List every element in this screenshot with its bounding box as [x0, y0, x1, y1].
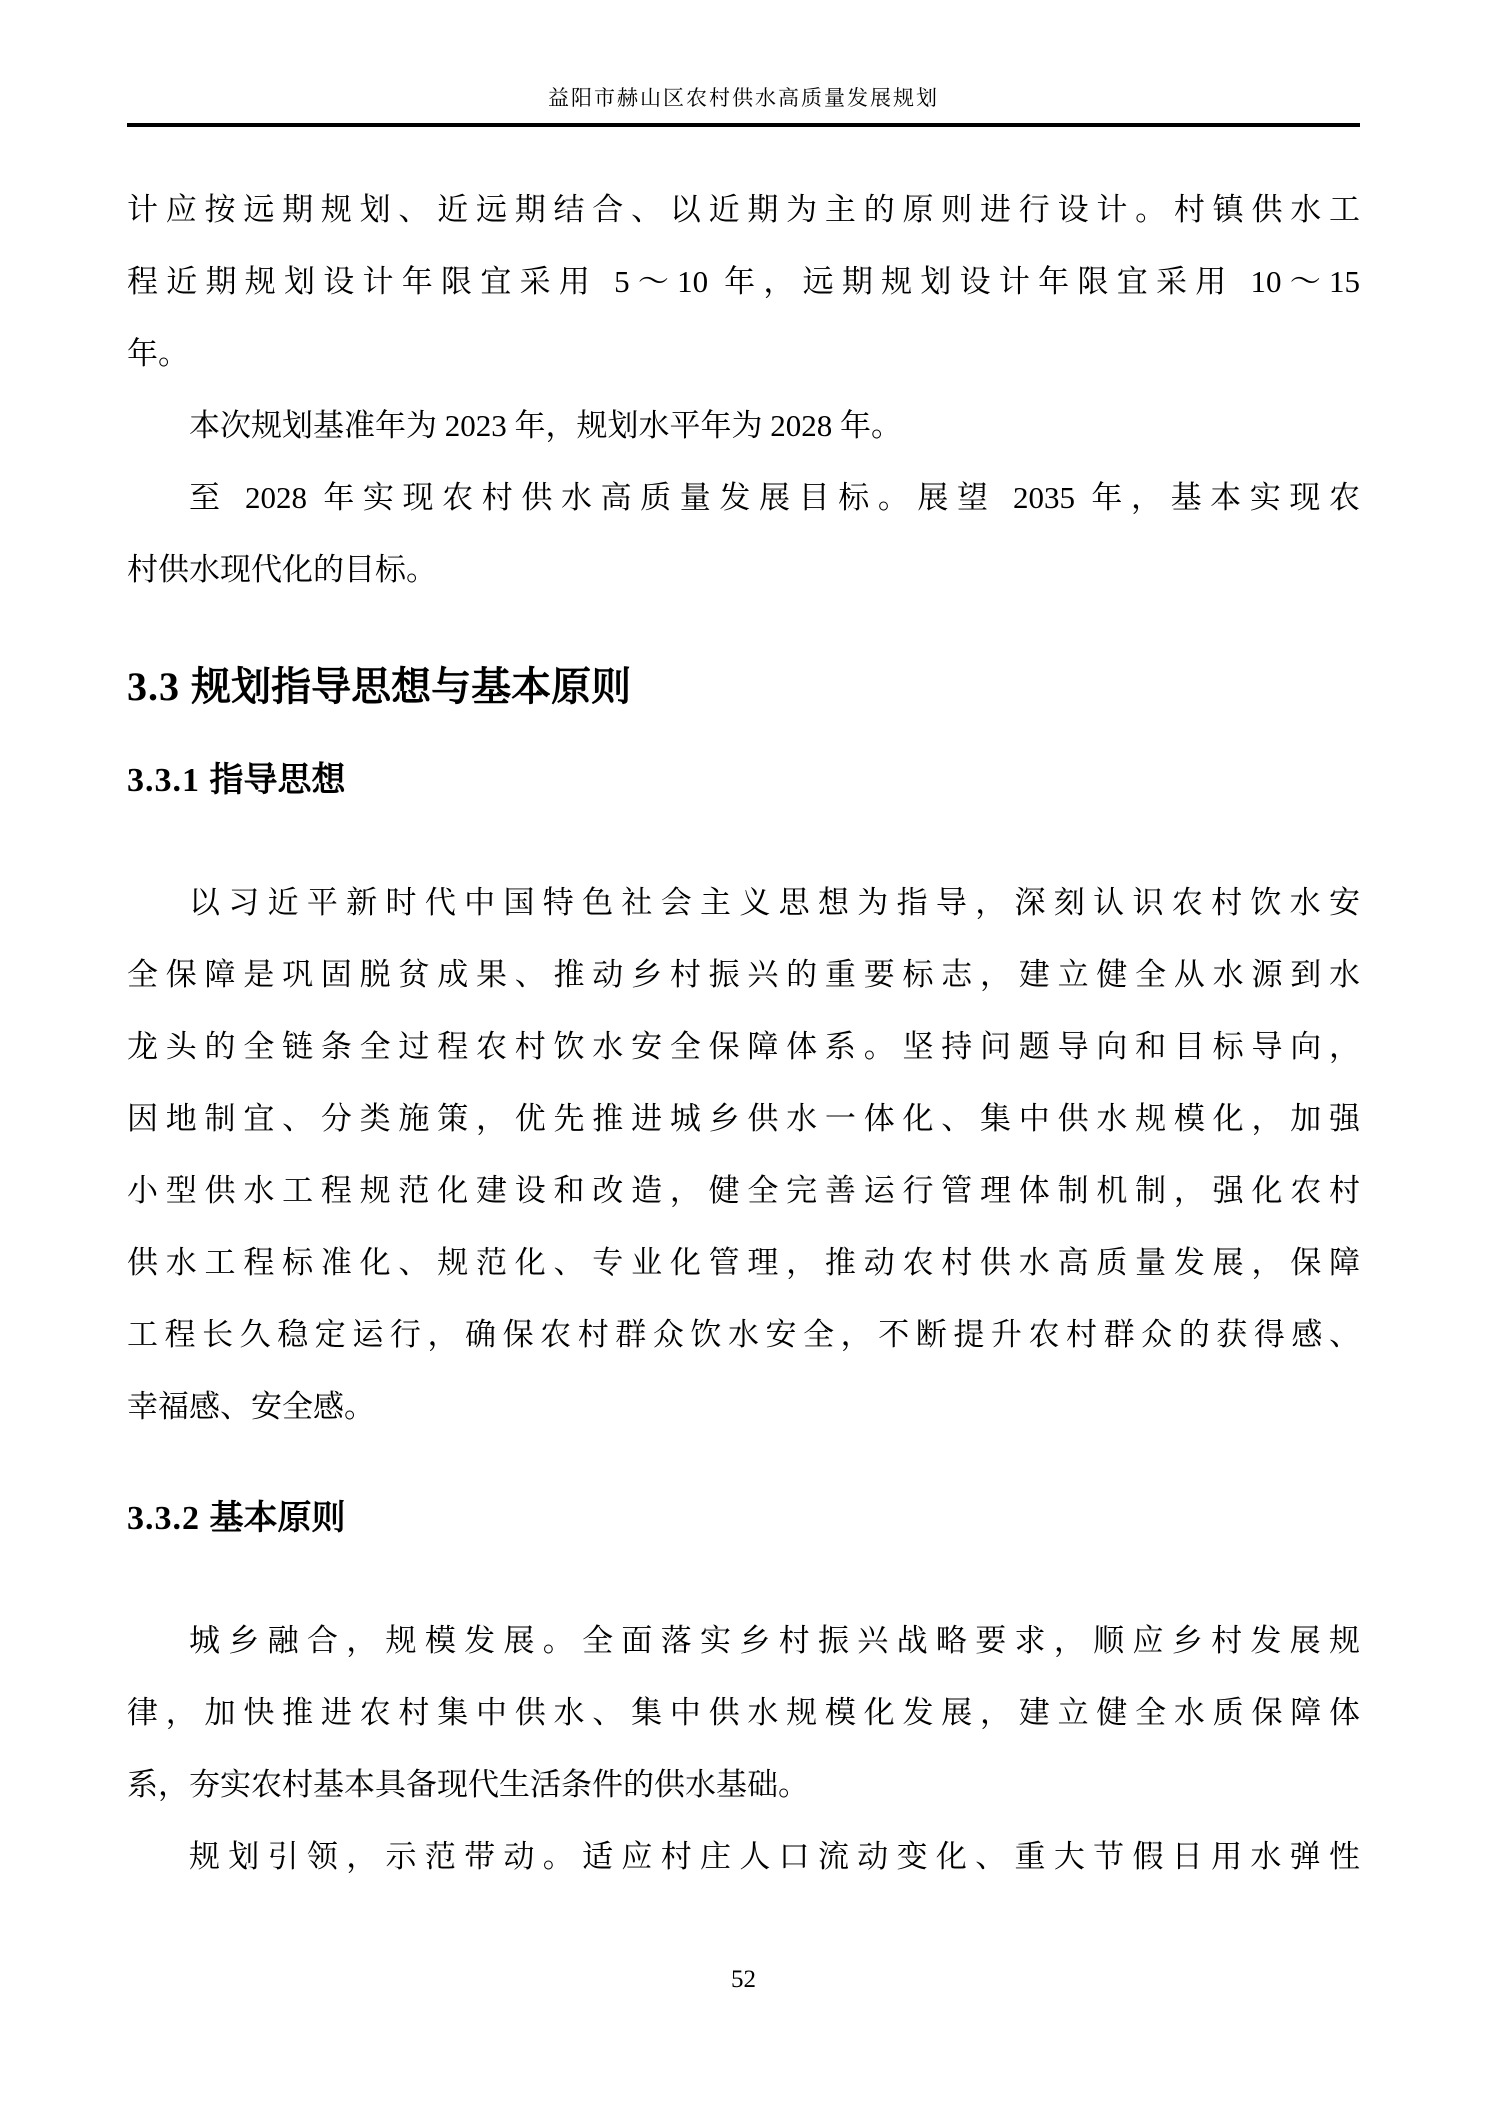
- text-line: 以习近平新时代中国特色社会主义思想为指导，深刻认识农村饮水安: [127, 867, 1360, 939]
- paragraph: 计应按远期规划、近远期结合、以近期为主的原则进行设计。村镇供水工程近期规划设计年…: [127, 174, 1360, 390]
- heading-number: 3.3.1: [127, 762, 200, 799]
- document-page: 益阳市赫山区农村供水高质量发展规划 计应按远期规划、近远期结合、以近期为主的原则…: [0, 0, 1487, 2105]
- paragraph: 以习近平新时代中国特色社会主义思想为指导，深刻认识农村饮水安全保障是巩固脱贫成果…: [127, 867, 1360, 1443]
- text-line: 规划引领，示范带动。适应村庄人口流动变化、重大节假日用水弹性: [127, 1821, 1360, 1893]
- text-line: 程近期规划设计年限宜采用 5～10 年，远期规划设计年限宜采用 10～15: [127, 246, 1360, 318]
- paragraph: 至 2028 年实现农村供水高质量发展目标。展望 2035 年，基本实现农村供水…: [127, 462, 1360, 606]
- paragraph: 城乡融合，规模发展。全面落实乡村振兴战略要求，顺应乡村发展规律，加快推进农村集中…: [127, 1605, 1360, 1821]
- text-line: 律，加快推进农村集中供水、集中供水规模化发展，建立健全水质保障体: [127, 1677, 1360, 1749]
- page-number: 52: [0, 1962, 1487, 1998]
- text-line: 城乡融合，规模发展。全面落实乡村振兴战略要求，顺应乡村发展规: [127, 1605, 1360, 1677]
- text-line: 至 2028 年实现农村供水高质量发展目标。展望 2035 年，基本实现农: [127, 462, 1360, 534]
- text-line: 计应按远期规划、近远期结合、以近期为主的原则进行设计。村镇供水工: [127, 174, 1360, 246]
- heading-number: 3.3.2: [127, 1500, 200, 1537]
- text-line: 本次规划基准年为 2023 年，规划水平年为 2028 年。: [127, 390, 1360, 462]
- running-header-title: 益阳市赫山区农村供水高质量发展规划: [0, 84, 1487, 112]
- text-line: 全保障是巩固脱贫成果、推动乡村振兴的重要标志，建立健全从水源到水: [127, 939, 1360, 1011]
- subsection-heading: 3.3.1 指导思想: [127, 744, 1360, 817]
- paragraph: 规划引领，示范带动。适应村庄人口流动变化、重大节假日用水弹性: [127, 1821, 1360, 1893]
- document-content: 计应按远期规划、近远期结合、以近期为主的原则进行设计。村镇供水工程近期规划设计年…: [127, 174, 1360, 1893]
- subsection-heading: 3.3.2 基本原则: [127, 1482, 1360, 1555]
- heading-text: 规划指导思想与基本原则: [191, 665, 631, 709]
- heading-text: 指导思想: [209, 761, 345, 799]
- text-line: 龙头的全链条全过程农村饮水安全保障体系。坚持问题导向和目标导向，: [127, 1011, 1360, 1083]
- text-line: 工程长久稳定运行，确保农村群众饮水安全，不断提升农村群众的获得感、: [127, 1299, 1360, 1371]
- heading-text: 基本原则: [209, 1499, 345, 1537]
- header-rule: [127, 123, 1360, 127]
- text-line: 因地制宜、分类施策，优先推进城乡供水一体化、集中供水规模化，加强: [127, 1083, 1360, 1155]
- text-line: 小型供水工程规范化建设和改造，健全完善运行管理体制机制，强化农村: [127, 1155, 1360, 1227]
- text-line: 系，夯实农村基本具备现代生活条件的供水基础。: [127, 1749, 1360, 1821]
- text-line: 幸福感、安全感。: [127, 1371, 1360, 1443]
- text-line: 年。: [127, 318, 1360, 390]
- section-heading: 3.3 规划指导思想与基本原则: [127, 651, 1360, 723]
- heading-number: 3.3: [127, 664, 180, 709]
- paragraph: 本次规划基准年为 2023 年，规划水平年为 2028 年。: [127, 390, 1360, 462]
- text-line: 村供水现代化的目标。: [127, 534, 1360, 606]
- text-line: 供水工程标准化、规范化、专业化管理，推动农村供水高质量发展，保障: [127, 1227, 1360, 1299]
